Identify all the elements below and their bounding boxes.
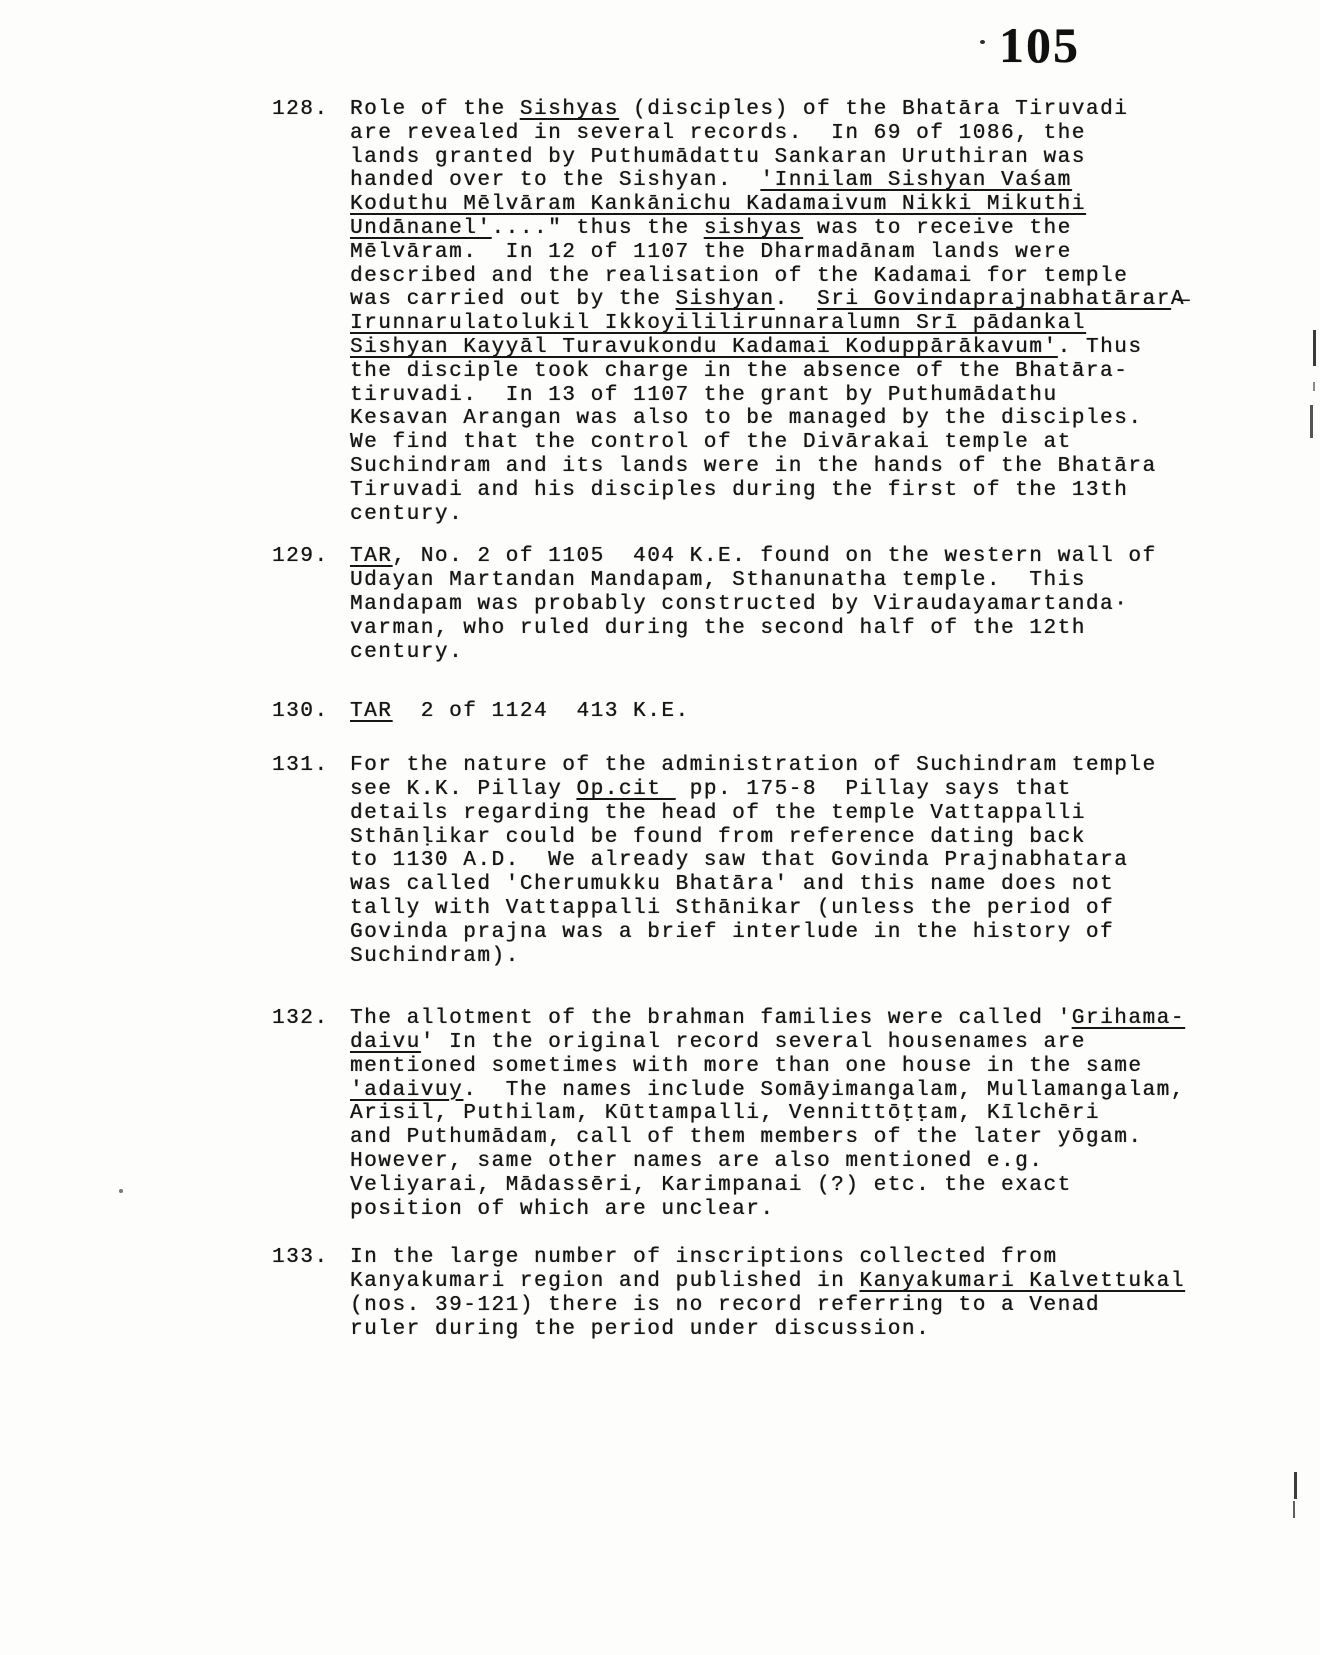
text-line: Suchindram and its lands were in the han…	[350, 455, 1232, 479]
text-line: TAR, No. 2 of 1105 404 K.E. found on the…	[350, 545, 1232, 569]
scan-artifact-line	[1313, 382, 1315, 391]
text-line: However, same other names are also menti…	[350, 1150, 1232, 1174]
footnote-text: For the nature of the administration of …	[350, 754, 1232, 968]
scan-artifact-line	[1294, 1472, 1297, 1499]
text-line: tally with Vattappalli Sthānikar (unless…	[350, 897, 1232, 921]
footnote-131: 131.For the nature of the administration…	[272, 754, 1232, 968]
text-line: Udayan Martandan Mandapam, Sthanunatha t…	[350, 569, 1232, 593]
footnotes-list: 128.Role of the Sishyas (disciples) of t…	[272, 98, 1232, 1342]
footnote-number: 128.	[272, 98, 329, 122]
text-line: Kesavan Arangan was also to be managed b…	[350, 407, 1232, 431]
text-line: daivu' In the original record several ho…	[350, 1031, 1232, 1055]
text-line: described and the realisation of the Kad…	[350, 265, 1232, 289]
text-line: Mēlvāram. In 12 of 1107 the Dharmadānam …	[350, 241, 1232, 265]
footnote-130: 130.TAR 2 of 1124 413 K.E.	[272, 700, 1232, 724]
text-line: century.	[350, 641, 1232, 665]
text-line: Kanyakumari region and published in Kany…	[350, 1270, 1232, 1294]
text-line: century.	[350, 503, 1232, 527]
text-line: are revealed in several records. In 69 o…	[350, 122, 1232, 146]
text-line: to 1130 A.D. We already saw that Govinda…	[350, 849, 1232, 873]
text-line: 'adaivuy. The names include Somāyimangal…	[350, 1079, 1232, 1103]
text-line: tiruvadi. In 13 of 1107 the grant by Put…	[350, 384, 1232, 408]
footnote-text: In the large number of inscriptions coll…	[350, 1246, 1232, 1341]
footnote-number: 133.	[272, 1246, 329, 1270]
footnote-number: 129.	[272, 545, 329, 569]
text-line: and Puthumādam, call of them members of …	[350, 1126, 1232, 1150]
text-line: Koduthu Mēlvāram Kankānichu Kadamaivum N…	[350, 193, 1232, 217]
text-line: We find that the control of the Divāraka…	[350, 431, 1232, 455]
text-line: handed over to the Sishyan. 'Innilam Sis…	[350, 169, 1232, 193]
text-line: For the nature of the administration of …	[350, 754, 1232, 778]
text-line: ruler during the period under discussion…	[350, 1318, 1232, 1342]
page-number: 105	[999, 20, 1080, 70]
text-line: mentioned sometimes with more than one h…	[350, 1055, 1232, 1079]
text-line: Suchindram).	[350, 945, 1232, 969]
footnote-128: 128.Role of the Sishyas (disciples) of t…	[272, 98, 1232, 526]
ink-speck	[119, 1189, 123, 1193]
text-line: In the large number of inscriptions coll…	[350, 1246, 1232, 1270]
text-line: The allotment of the brahman families we…	[350, 1007, 1232, 1031]
text-line: was carried out by the Sishyan. Sri Govi…	[350, 288, 1232, 312]
text-line: details regarding the head of the temple…	[350, 802, 1232, 826]
text-line: Mandapam was probably constructed by Vir…	[350, 593, 1232, 617]
text-line: Role of the Sishyas (disciples) of the B…	[350, 98, 1232, 122]
text-line: Sishyan Kayyāl Turavukondu Kadamai Kodup…	[350, 336, 1232, 360]
text-line: lands granted by Puthumādattu Sankaran U…	[350, 146, 1232, 170]
footnote-132: 132.The allotment of the brahman familie…	[272, 1007, 1232, 1221]
text-line: Arisil, Puthilam, Kūttampalli, Vennittōṭ…	[350, 1102, 1232, 1126]
footnote-number: 130.	[272, 700, 329, 724]
footnote-text: TAR, No. 2 of 1105 404 K.E. found on the…	[350, 545, 1232, 664]
footnote-129: 129.TAR, No. 2 of 1105 404 K.E. found on…	[272, 545, 1232, 664]
text-line: (nos. 39-121) there is no record referri…	[350, 1294, 1232, 1318]
text-line: the disciple took charge in the absence …	[350, 360, 1232, 384]
scan-artifact-line	[1313, 330, 1316, 366]
text-line: see K.K. Pillay Op.cit pp. 175-8 Pillay …	[350, 778, 1232, 802]
text-line: varman, who ruled during the second half…	[350, 617, 1232, 641]
footnote-text: The allotment of the brahman families we…	[350, 1007, 1232, 1221]
text-line: Tiruvadi and his disciples during the fi…	[350, 479, 1232, 503]
text-line: Irunnarulatolukil Ikkoyililirunnaralumn …	[350, 312, 1232, 336]
text-line: was called 'Cherumukku Bhatāra' and this…	[350, 873, 1232, 897]
text-line: Sthānḷikar could be found from reference…	[350, 826, 1232, 850]
text-line: Govinda prajna was a brief interlude in …	[350, 921, 1232, 945]
text-line: TAR 2 of 1124 413 K.E.	[350, 700, 1232, 724]
footnote-number: 131.	[272, 754, 329, 778]
text-line: position of which are unclear.	[350, 1198, 1232, 1222]
text-line: Veliyarai, Mādassēri, Karimpanai (?) etc…	[350, 1174, 1232, 1198]
footnote-133: 133.In the large number of inscriptions …	[272, 1246, 1232, 1341]
footnote-text: TAR 2 of 1124 413 K.E.	[350, 700, 1232, 724]
text-line: Undānanel'...." thus the sishyas was to …	[350, 217, 1232, 241]
footnote-text: Role of the Sishyas (disciples) of the B…	[350, 98, 1232, 526]
footnote-number: 132.	[272, 1007, 329, 1031]
ink-speck	[980, 40, 985, 44]
scan-artifact-line	[1293, 1501, 1295, 1518]
document-page: 105 128.Role of the Sishyas (disciples) …	[0, 0, 1320, 1655]
scan-artifact-line	[1310, 405, 1313, 438]
